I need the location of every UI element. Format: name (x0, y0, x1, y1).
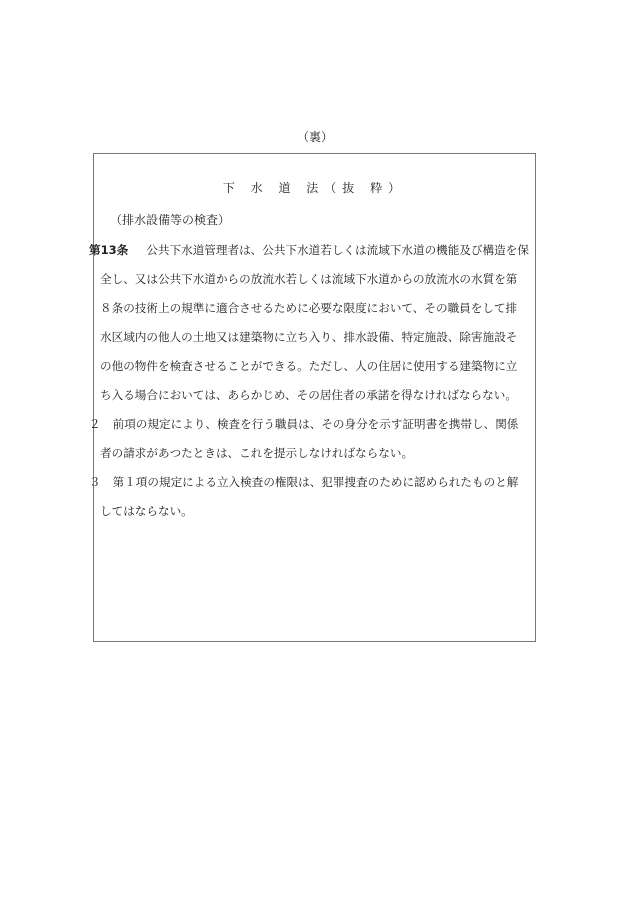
law-excerpt-box: 下 水 道 法（抜 粋） （排水設備等の検査） 第13条公共下水道管理者は、公共… (93, 153, 536, 642)
article-line: 第13条公共下水道管理者は、公共下水道若しくは流域下水道の機能及び構造を保 (89, 236, 529, 265)
document-title: 下 水 道 法（抜 粋） (94, 179, 535, 196)
paragraph-number: ３ (89, 475, 101, 489)
paragraph-3-line: ３第１項の規定による立入検査の権限は、犯罪捜査のために認められたものと解 (89, 468, 518, 497)
article-line: 水区域内の他人の土地又は建築物に立ち入り、排水設備、特定施設、除害施設そ (100, 323, 517, 352)
article-line: ち入る場合においては、あらかじめ、その居住者の承諾を得なければならない。 (100, 381, 517, 410)
paragraph-number: ２ (89, 417, 101, 431)
page-side-label: （裏） (0, 128, 630, 145)
article-line: ８条の技術上の規準に適合させるために必要な限度において、その職員をして排 (100, 294, 517, 323)
article-line: の他の物件を検査させることができる。ただし、人の住居に使用する建築物に立 (100, 352, 517, 381)
paragraph-3-line: してはならない。 (100, 497, 193, 526)
paragraph-2-line: 者の請求があつたときは、これを提示しなければならない。 (100, 439, 413, 468)
paragraph-2-line: ２前項の規定により、検査を行う職員は、その身分を示す証明書を携帯し、関係 (89, 410, 518, 439)
article-line: 全し、又は公共下水道からの放流水若しくは流域下水道からの放流水の水質を第 (100, 265, 517, 294)
article-number: 第13条 (89, 243, 128, 257)
section-heading: （排水設備等の検査） (110, 211, 230, 228)
